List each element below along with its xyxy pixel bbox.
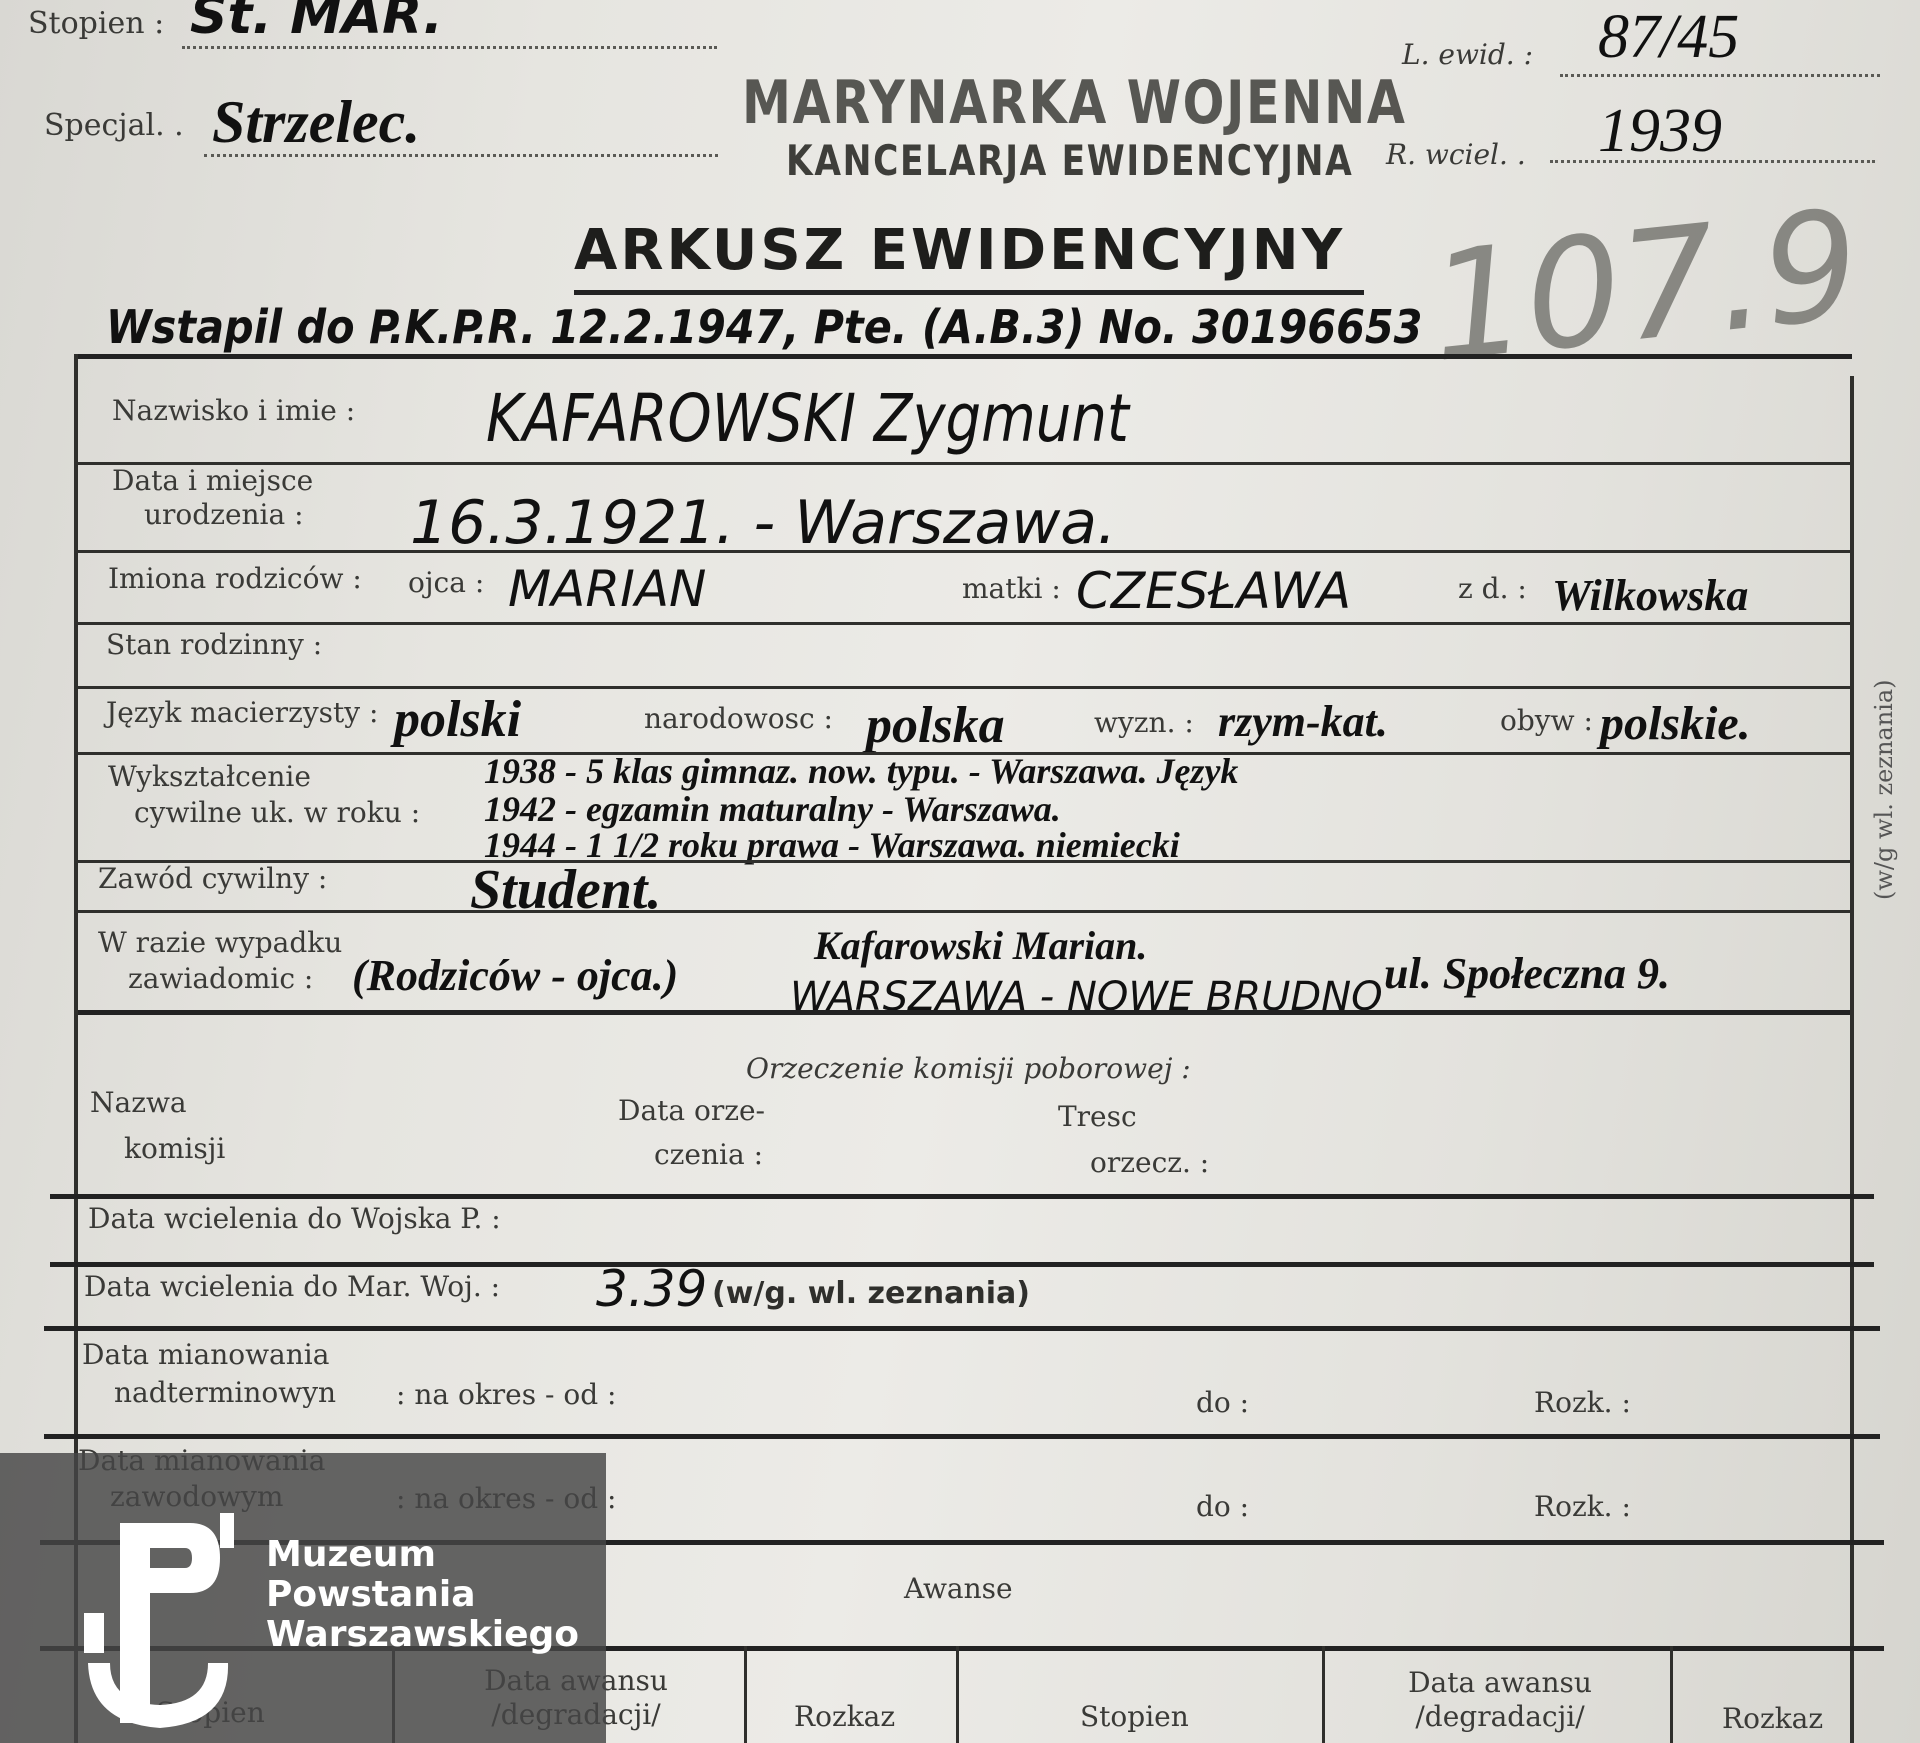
promotions-heading: Awanse <box>904 1572 1013 1606</box>
navy-enlistment-note: (w/g. wl. zeznania) <box>712 1276 1030 1311</box>
commission-name-label-line2: komisji <box>124 1132 225 1166</box>
column-divider <box>744 1646 747 1743</box>
ruling-date-label-line2: czenia : <box>654 1138 763 1172</box>
emergency-contact-street: ul. Społeczna 9. <box>1384 948 1670 999</box>
mother-label: matki : <box>962 572 1061 606</box>
occupation-label: Zawód cywilny : <box>98 862 327 896</box>
anchor-logo-icon <box>80 1513 240 1733</box>
ruling-content-label-line2: orzecz. : <box>1090 1146 1209 1180</box>
religion-label: wyzn. : <box>1094 706 1194 740</box>
birth-label-line1: Data i miejsce <box>112 464 313 498</box>
side-vertical-note: (w/g wl. zeznania) <box>1870 679 1898 900</box>
l-ewid-value: 87/45 <box>1598 2 1739 73</box>
row-divider <box>78 686 1850 689</box>
birth-label-line2: urodzenia : <box>144 498 304 532</box>
emergency-contact-name: Kafarowski Marian. <box>814 922 1147 969</box>
row-divider <box>78 860 1850 863</box>
form-right-border <box>1850 376 1854 1743</box>
row-divider <box>50 1262 1874 1267</box>
education-label-line2: cywilne uk. w roku : <box>134 796 420 830</box>
col-header-order-2: Rozkaz <box>1722 1702 1823 1736</box>
career-service-order-label: Rozk. : <box>1534 1490 1631 1524</box>
row-divider <box>78 910 1850 913</box>
mother-value: CZESŁAWA <box>1076 562 1351 620</box>
education-label-line1: Wykształcenie <box>108 760 311 794</box>
emergency-label-line1: W razie wypadku <box>98 926 342 960</box>
surname-label: Nazwisko i imie : <box>112 394 355 428</box>
emergency-label-line2: zawiadomic : <box>128 962 313 996</box>
museum-watermark: Muzeum Powstania Warszawskiego <box>0 1453 606 1743</box>
army-enlistment-label: Data wcielenia do Wojska P. : <box>88 1202 501 1236</box>
r-wciel-value: 1939 <box>1598 96 1722 167</box>
specjal-value: Strzelec. <box>212 88 420 157</box>
row-divider <box>44 1434 1880 1439</box>
extended-service-order-label: Rozk. : <box>1534 1386 1631 1420</box>
document-title: ARKUSZ EWIDENCYJNY <box>574 218 1345 283</box>
extended-service-to-label: do : <box>1196 1386 1249 1420</box>
nationality-label: narodowosc : <box>644 702 833 736</box>
row-divider <box>78 462 1850 465</box>
parents-label: Imiona rodziców : <box>108 562 362 596</box>
row-divider <box>78 550 1850 553</box>
father-label: ojca : <box>408 566 484 600</box>
maiden-name-label: z d. : <box>1458 572 1527 606</box>
navy-enlistment-value: 3.39 <box>596 1260 707 1318</box>
r-wciel-label: R. wciel. . <box>1386 138 1526 171</box>
ruling-content-label-line1: Tresc <box>1058 1100 1137 1134</box>
emergency-relation: (Rodziców - ojca.) <box>352 950 678 1001</box>
surname-value: KAFAROWSKI Zygmunt <box>486 380 1129 457</box>
l-ewid-label: L. ewid. : <box>1402 38 1533 71</box>
museum-name-line-2: Powstania <box>266 1575 579 1615</box>
nationality-value: polska <box>866 696 1005 755</box>
extended-service-label-line1: Data mianowania <box>82 1338 329 1372</box>
museum-name-line-1: Muzeum <box>266 1535 579 1575</box>
row-divider <box>44 1326 1880 1331</box>
form-top-border <box>74 354 1852 359</box>
museum-name-line-3: Warszawskiego <box>266 1615 579 1655</box>
row-divider <box>78 622 1850 625</box>
citizenship-label: obyw : <box>1500 704 1593 738</box>
margin-number: 107.9 <box>1422 178 1867 396</box>
marital-status-label: Stan rodzinny : <box>106 628 322 662</box>
education-line-1: 1938 - 5 klas gimnaz. now. typu. - Warsz… <box>484 752 1238 790</box>
stamp-line-2: KANCELARJA EWIDENCYJNA <box>786 136 1353 185</box>
birth-value: 16.3.1921. - Warszawa. <box>410 488 1116 558</box>
row-divider <box>50 1194 1874 1199</box>
language-value: polski <box>394 690 521 749</box>
extended-service-label-line2: nadterminowyn <box>114 1376 336 1410</box>
stopien-dotted-line <box>182 46 717 49</box>
education-line-2: 1942 - egzamin maturalny - Warszawa. <box>484 790 1061 828</box>
title-underline <box>574 290 1364 295</box>
enlistment-annotation: Wstapil do P.K.P.R. 12.2.1947, Pte. (A.B… <box>106 300 1423 354</box>
col-header-rank-2: Stopien <box>1080 1700 1189 1734</box>
career-service-to-label: do : <box>1196 1490 1249 1524</box>
ruling-date-label-line1: Data orze- <box>618 1094 765 1128</box>
column-divider <box>1322 1646 1325 1743</box>
maiden-name-value: Wilkowska <box>1552 570 1748 621</box>
l-ewid-dotted-line <box>1560 74 1880 77</box>
row-divider <box>78 1010 1850 1015</box>
navy-enlistment-label: Data wcielenia do Mar. Woj. : <box>84 1270 500 1304</box>
column-divider <box>1670 1646 1673 1743</box>
specjal-label: Specjal. . <box>44 108 184 143</box>
commission-name-label-line1: Nazwa <box>90 1086 187 1120</box>
commission-heading: Orzeczenie komisji poborowej : <box>746 1052 1191 1085</box>
citizenship-value: polskie. <box>1600 696 1751 751</box>
column-divider <box>956 1646 959 1743</box>
stopien-value: St. MAR. <box>190 0 443 46</box>
language-label: Język macierzysty : <box>106 696 378 730</box>
stopien-label: Stopien : <box>28 6 164 41</box>
col-header-order: Rozkaz <box>794 1700 895 1734</box>
extended-service-period-label: : na okres - od : <box>396 1378 617 1412</box>
stamp-line-1: MARYNARKA WOJENNA <box>742 68 1407 138</box>
col-header-promotion-date-2: Data awansu /degradacji/ <box>1390 1666 1610 1733</box>
father-value: MARIAN <box>508 560 706 618</box>
religion-value: rzym-kat. <box>1218 696 1388 747</box>
